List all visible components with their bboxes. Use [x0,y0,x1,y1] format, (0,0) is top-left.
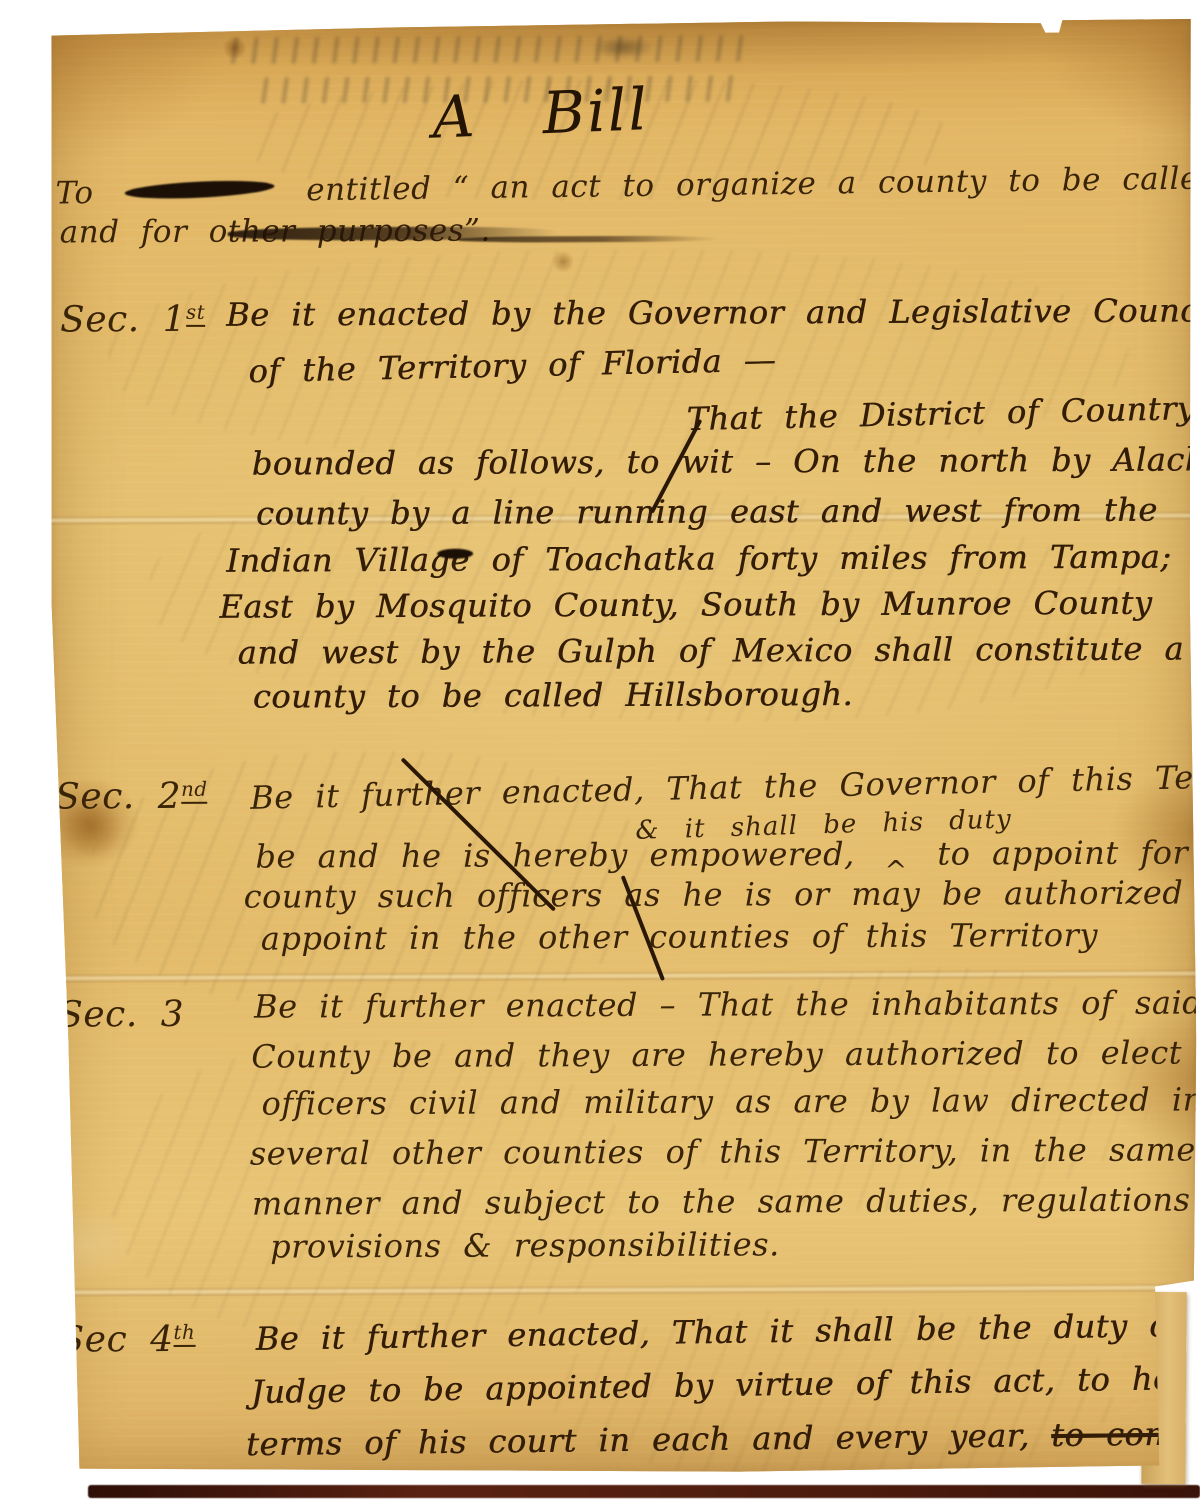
section-3-line-3: officers civil and military as are by la… [261,1082,1200,1122]
section-2-ordinal: nd [181,778,208,804]
document-title: A Bill [431,78,650,150]
document-scan: A Bill To entitled “ an act to organize … [0,0,1200,1501]
section-2-line-3: county such officers as he is or may be … [244,875,1200,915]
section-1-line-7: East by Mosquito County, South by Munroe… [219,586,1152,625]
section-4-label: Sec 4th [59,1320,195,1360]
section-3-line-6: provisions & responsibilities. [270,1227,780,1264]
section-3-line-5: manner and subject to the same duties, r… [252,1183,1191,1222]
section-1-line-9: county to be called Hillsborough. [253,677,853,715]
section-3-label: Sec. 3 [58,995,184,1035]
manuscript-paper: A Bill To entitled “ an act to organize … [47,18,1198,1478]
underlying-document-edge [88,1485,1200,1498]
section-2-line-4: appoint in the other counties of this Te… [261,918,1098,957]
section-3-line-4: several other counties of this Territory… [250,1133,1196,1172]
section-1-ordinal: st [186,301,205,327]
ink-smear [458,236,718,243]
section-1-line-3: That the District of Country [686,391,1195,437]
section-1-line-1: Be it enacted by the Governor and Legisl… [226,293,1200,333]
section-3-line-2: County be and they are hereby authorized… [251,1035,1200,1075]
section-4-label-text: Sec 4 [59,1319,173,1360]
section-1-label: Sec. 1st [60,300,205,340]
section-4-line-3: terms of his court in each and every yea… [246,1415,1200,1462]
section-1-line-6: Indian Village of Toachatka forty miles … [226,540,1171,579]
section-2-line-2: be and he is hereby empowered, ^ to appo… [255,835,1200,875]
ink-blot [125,178,276,201]
section-4-ordinal: th [173,1321,195,1347]
section-2-line-2b: to appoint for the said [937,833,1200,873]
section-2-label: Sec. 2nd [55,777,207,817]
section-1-line-5: county by a line running east and west f… [256,493,1158,532]
section-1-label-text: Sec. 1 [60,299,186,341]
section-2-line-2a: be and he is hereby empowered, [255,835,854,876]
title-clause-lead: To [55,175,93,211]
section-1-line-8: and west by the Gulph of Mexico shall co… [238,632,1184,671]
section-1-line-4: bounded as follows, to wit – On the nort… [252,442,1200,482]
bleed-through-writing [227,35,747,63]
section-3-line-1: Be it further enacted – That the inhabit… [254,985,1200,1024]
bleed-through-writing [592,36,654,59]
section-3-label-text: Sec. 3 [58,994,184,1036]
section-2-label-text: Sec. 2 [55,776,181,818]
